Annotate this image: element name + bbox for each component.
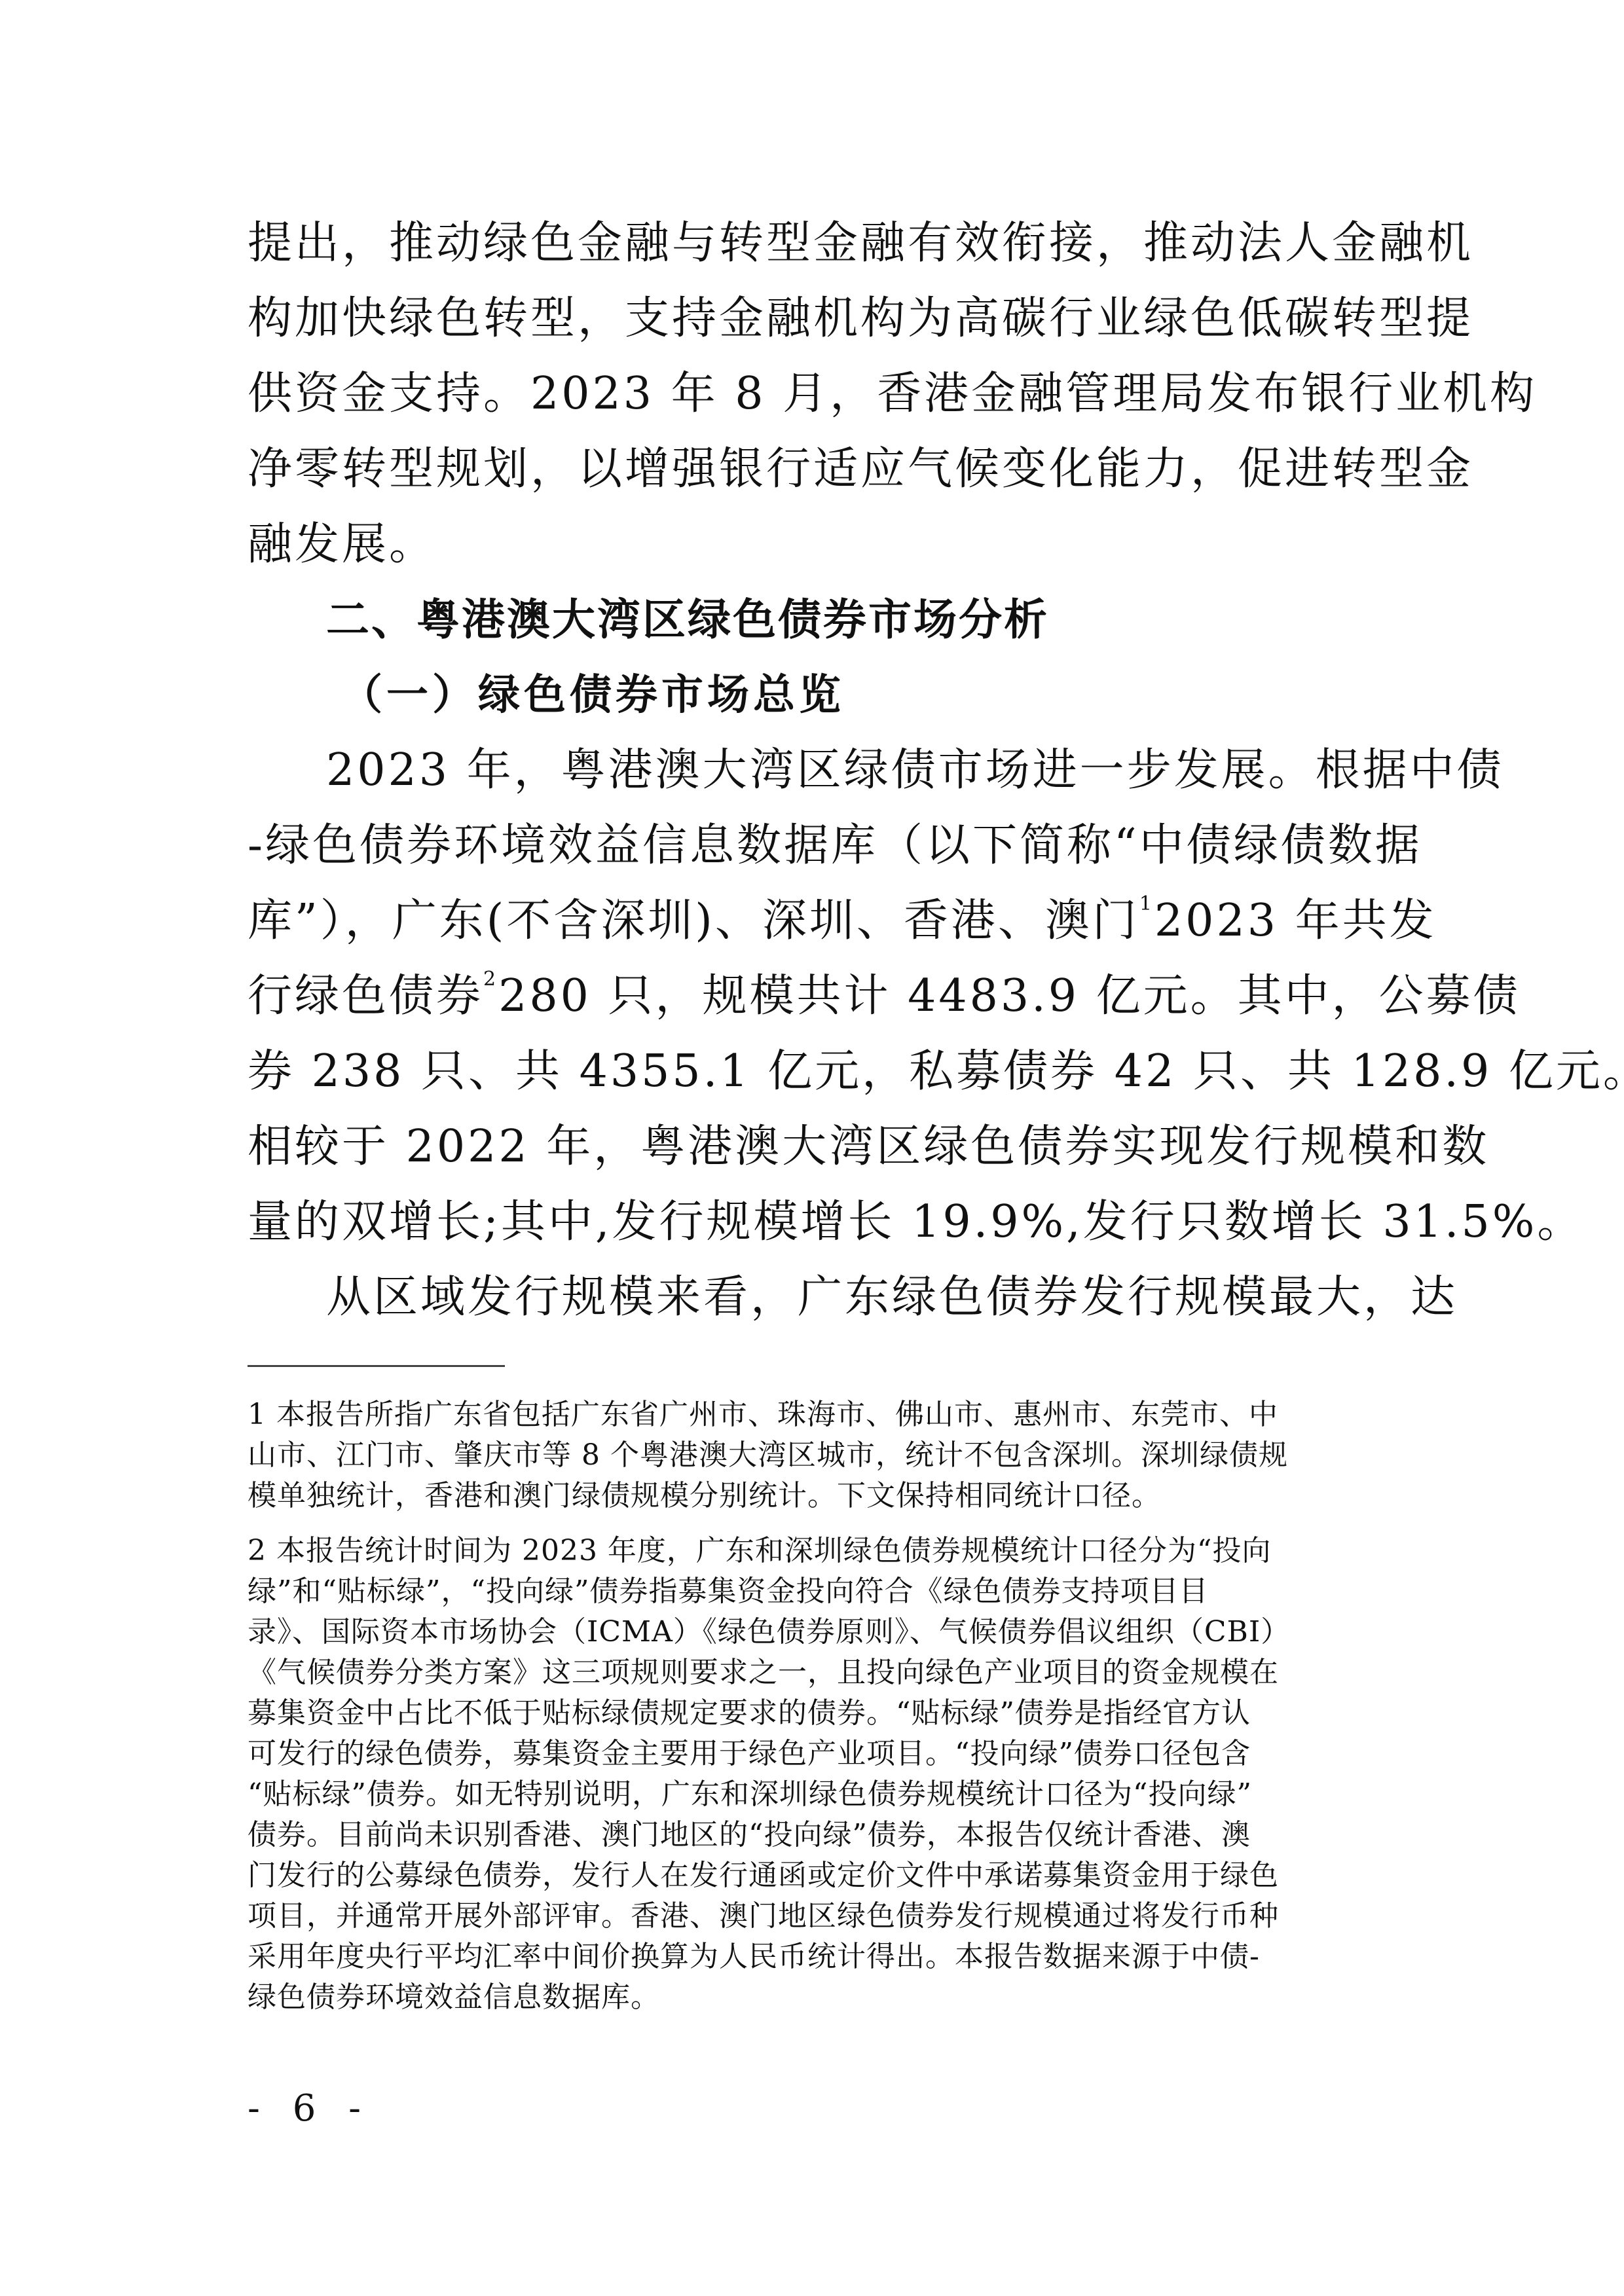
footnote-1-line: 山市、江门市、肇庆市等 8 个粤港澳大湾区城市，统计不包含深圳。深圳绿债规 bbox=[248, 1435, 1387, 1476]
body-line: 从区域发行规模来看，广东绿色债券发行规模最大，达 bbox=[326, 1265, 1387, 1330]
body-line: 供资金支持。2023 年 8 月，香港金融管理局发布银行业机构 bbox=[248, 361, 1387, 427]
body-text: 行绿色债券 bbox=[248, 970, 483, 1022]
footnote-2-line: 绿色债券环境效益信息数据库。 bbox=[248, 1977, 1387, 2018]
footnote-ref-1[interactable]: 1 bbox=[1139, 892, 1154, 915]
body-line: 构加快绿色转型，支持金融机构为高碳行业绿色低碳转型提 bbox=[248, 286, 1387, 352]
footnote-2-line: 门发行的公募绿色债券，发行人在发行通函或定价文件中承诺募集资金用于绿色 bbox=[248, 1855, 1387, 1896]
body-line: 相较于 2022 年，粤港澳大湾区绿色债券实现发行规模和数 bbox=[248, 1114, 1387, 1180]
footnote-2-line: 债券。目前尚未识别香港、澳门地区的“投向绿”债券，本报告仅统计香港、澳 bbox=[248, 1815, 1387, 1855]
footnote-2-line: 2 本报告统计时间为 2023 年度，广东和深圳绿色债券规模统计口径分为“投向 bbox=[248, 1531, 1387, 1571]
body-line: -绿色债券环境效益信息数据库（以下简称“中债绿债数据 bbox=[248, 813, 1387, 879]
section-heading: 二、粤港澳大湾区绿色债券市场分析 bbox=[326, 587, 1387, 653]
footnote-2-line: 可发行的绿色债券，募集资金主要用于绿色产业项目。“投向绿”债券口径包含 bbox=[248, 1734, 1387, 1774]
body-line: 净零转型规划，以增强银行适应气候变化能力，促进转型金 bbox=[248, 437, 1387, 502]
body-line: 库”），广东(不含深圳)、深圳、香港、澳门12023 年共发 bbox=[248, 888, 1387, 954]
footnote-ref-2[interactable]: 2 bbox=[483, 968, 498, 991]
footnote-separator bbox=[248, 1365, 505, 1367]
body-text: 库”），广东(不含深圳)、深圳、香港、澳门 bbox=[248, 895, 1139, 947]
footnote-2-line: 项目，并通常开展外部评审。香港、澳门地区绿色债券发行规模通过将发行币种 bbox=[248, 1896, 1387, 1937]
footnote-2-line: 录》、国际资本市场协会（ICMA）《绿色债券原则》、气候债券倡议组织（CBI） bbox=[248, 1612, 1387, 1652]
body-text: 280 只，规模共计 4483.9 亿元。其中，公募债 bbox=[498, 970, 1521, 1022]
footnote-1-line: 1 本报告所指广东省包括广东省广州市、珠海市、佛山市、惠州市、东莞市、中 bbox=[248, 1394, 1387, 1435]
footnote-2-line: 《气候债券分类方案》这三项规则要求之一，且投向绿色产业项目的资金规模在 bbox=[248, 1652, 1387, 1693]
body-line: 量的双增长;其中,发行规模增长 19.9%,发行只数增长 31.5%。 bbox=[248, 1190, 1387, 1255]
footnote-2-line: 募集资金中占比不低于贴标绿债规定要求的债券。“贴标绿”债券是指经官方认 bbox=[248, 1693, 1387, 1734]
footnote-2-line: 绿”和“贴标绿”，“投向绿”债券指募集资金投向符合《绿色债券支持项目目 bbox=[248, 1571, 1387, 1612]
footnote-1-line: 模单独统计，香港和澳门绿债规模分别统计。下文保持相同统计口径。 bbox=[248, 1476, 1387, 1516]
body-text: 2023 年共发 bbox=[1154, 895, 1437, 947]
body-line: 提出，推动绿色金融与转型金融有效衔接，推动法人金融机 bbox=[248, 211, 1387, 276]
document-page: 提出，推动绿色金融与转型金融有效衔接，推动法人金融机 构加快绿色转型，支持金融机… bbox=[0, 0, 1624, 2296]
body-line: 行绿色债券2280 只，规模共计 4483.9 亿元。其中，公募债 bbox=[248, 964, 1387, 1029]
footnote-2-line: 采用年度央行平均汇率中间价换算为人民币统计得出。本报告数据来源于中债- bbox=[248, 1937, 1387, 1977]
page-number: - 6 - bbox=[248, 2087, 371, 2130]
footnote-2-line: “贴标绿”债券。如无特别说明，广东和深圳绿色债券规模统计口径为“投向绿” bbox=[248, 1774, 1387, 1815]
body-line: 券 238 只、共 4355.1 亿元，私募债券 42 只、共 128.9 亿元… bbox=[248, 1039, 1387, 1104]
body-line: 融发展。 bbox=[248, 512, 1387, 577]
subsection-heading: （一）绿色债券市场总览 bbox=[341, 663, 1388, 728]
body-line: 2023 年，粤港澳大湾区绿债市场进一步发展。根据中债 bbox=[326, 738, 1387, 803]
